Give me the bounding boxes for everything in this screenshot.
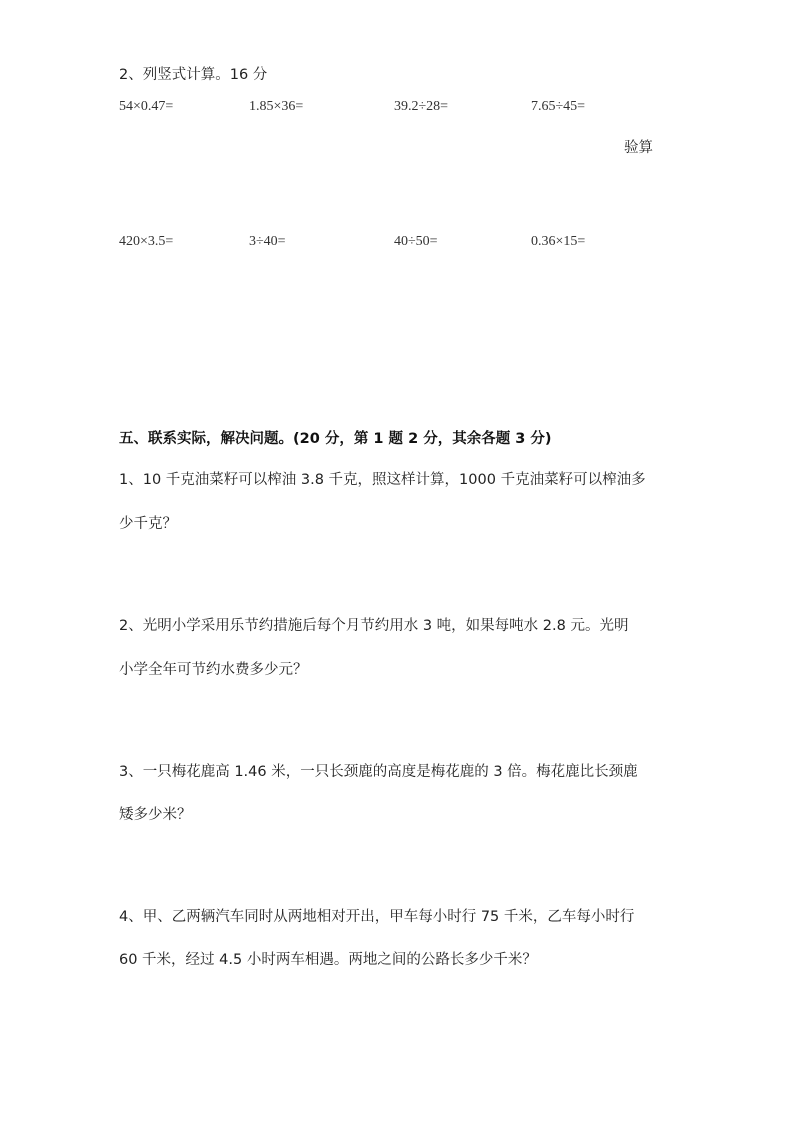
problem-4-line-2: 60 千米，经过 4.5 小时两车相遇。两地之间的公路长多少千米？ (119, 948, 537, 969)
calc-item: 420×3.5= (119, 234, 173, 250)
calc-item: 40÷50= (394, 234, 438, 250)
problem-1-line-2: 少千克？ (119, 512, 177, 533)
calc-item: 54×0.47= (119, 99, 173, 115)
calc-item: 7.65÷45= (531, 99, 585, 115)
problem-2-line-1: 2、光明小学采用乐节约措施后每个月节约用水 3 吨，如果每吨水 2.8 元。光明 (119, 614, 628, 635)
calc-item: 1.85×36= (249, 99, 303, 115)
problem-1-line-1: 1、10 千克油菜籽可以榨油 3.8 千克，照这样计算，1000 千克油菜籽可以… (119, 468, 646, 489)
calc-item: 3÷40= (249, 234, 286, 250)
check-label: 验算 (624, 136, 653, 157)
section-5-heading: 五、联系实际，解决问题。(20 分，第 1 题 2 分，其余各题 3 分) (119, 427, 552, 448)
problem-2-line-2: 小学全年可节约水费多少元？ (119, 658, 308, 679)
problem-4-line-1: 4、甲、乙两辆汽车同时从两地相对开出，甲车每小时行 75 千米，乙车每小时行 (119, 905, 634, 926)
problem-3-line-1: 3、一只梅花鹿高 1.46 米，一只长颈鹿的高度是梅花鹿的 3 倍。梅花鹿比长颈… (119, 760, 638, 781)
problem-3-line-2: 矮多少米？ (119, 803, 192, 824)
calc-item: 39.2÷28= (394, 99, 448, 115)
calc-item: 0.36×15= (531, 234, 585, 250)
section-2-heading: 2、列竖式计算。16 分 (119, 63, 267, 84)
